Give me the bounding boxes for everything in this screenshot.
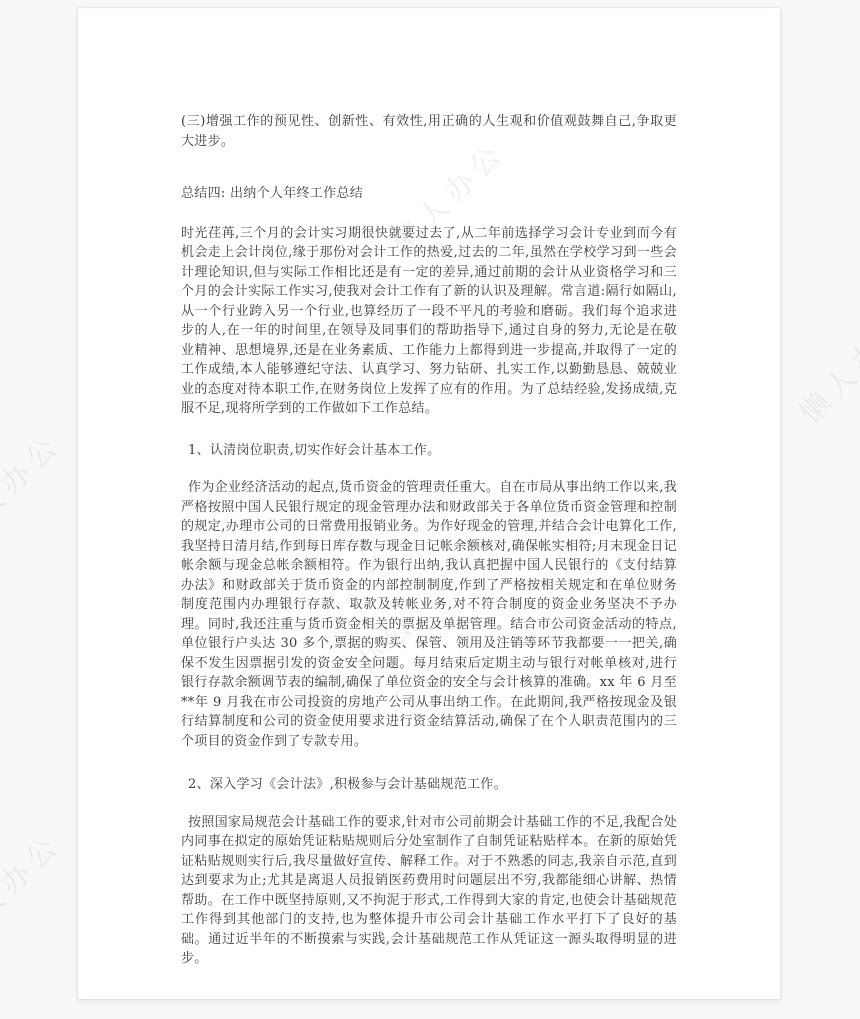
- paragraph-intro: (三)增强工作的预见性、创新性、有效性,用正确的人生观和价值观鼓舞自己,争取更大…: [181, 112, 677, 151]
- heading-item-2: 2、深入学习《会计法》,积极参与会计基础规范工作。: [181, 775, 677, 795]
- document-viewer: (三)增强工作的预见性、创新性、有效性,用正确的人生观和价值观鼓舞自己,争取更大…: [0, 0, 860, 1019]
- paragraph-overview: 时光荏苒,三个月的会计实习期很快就要过去了,从二年前选择学习会计专业到而今有机会…: [181, 224, 677, 419]
- paragraph-item-1-body: 作为企业经济活动的起点,货币资金的管理责任重大。自在市局从事出纳工作以来,我严格…: [181, 478, 677, 751]
- watermark: 懒人办公: [0, 823, 69, 954]
- paragraph-item-2-body: 按照国家局规范会计基础工作的要求,针对市公司前期会计基础工作的不足,我配合处内同…: [181, 813, 677, 969]
- document-page: (三)增强工作的预见性、创新性、有效性,用正确的人生观和价值观鼓舞自己,争取更大…: [78, 8, 780, 999]
- watermark: 懒人办公: [790, 301, 860, 432]
- watermark: 懒人办公: [0, 423, 69, 554]
- heading-item-1: 1、认清岗位职责,切实作好会计基本工作。: [181, 441, 677, 461]
- section-title: 总结四: 出纳个人年终工作总结: [181, 184, 677, 204]
